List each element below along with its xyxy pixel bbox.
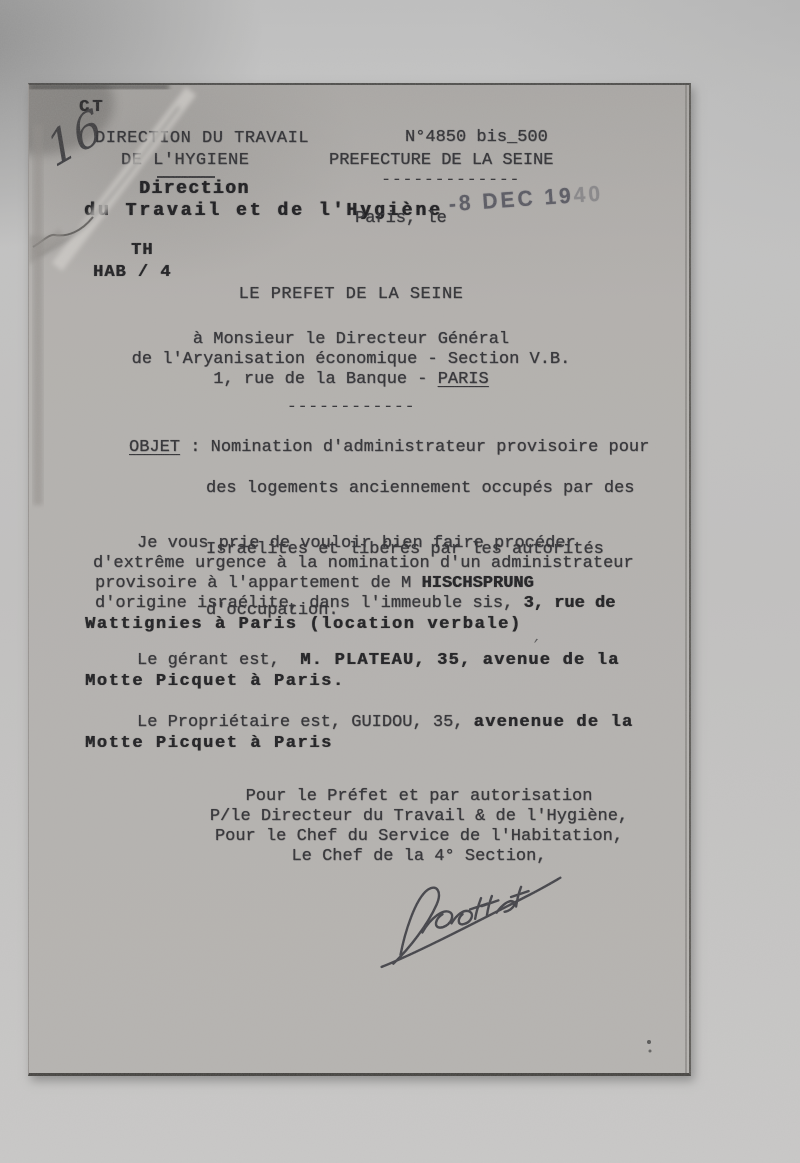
para1-line1: Je vous prie de vouloir bien faire procé… xyxy=(137,534,576,554)
place-date-label: Paris, le xyxy=(355,209,447,229)
para1-tenant-name: HISCHSPRUNG xyxy=(421,574,533,593)
stamp-direction-line1: Direction xyxy=(139,179,250,199)
closing-block: Pour le Préfet et par autorisation P/le … xyxy=(179,787,659,867)
closing-line3: Pour le Chef du Service de l'Habitation, xyxy=(179,827,659,847)
top-edge-dark-segment xyxy=(29,85,169,89)
para1-street-number: 3, rue de xyxy=(523,594,615,613)
para2-line2: Motte Picquet à Paris. xyxy=(85,672,345,692)
header-divider-dashes: ------------- xyxy=(381,171,520,190)
para1-line4: d'origine israélite, dans l'immeuble sis… xyxy=(95,594,615,614)
para3-owner-name: GUIDOU, 35, xyxy=(351,713,473,732)
left-edge-band xyxy=(33,125,43,505)
recipient-line2: de l'Aryanisation économique - Section V… xyxy=(29,350,673,370)
para2-label: Le gérant est, xyxy=(137,651,300,670)
objet-label: OBJET xyxy=(129,438,180,457)
recipient-address: 1, rue de la Banque - xyxy=(213,370,437,389)
tear-edge-line xyxy=(33,217,93,247)
para2-manager-name: M. PLATEAU, 35, avenue de la xyxy=(300,651,619,670)
tear-notch xyxy=(29,229,65,265)
recipient-divider-dashes: ------------ xyxy=(29,398,673,417)
recipient-city: PARIS xyxy=(438,370,489,389)
service-code-th: TH xyxy=(131,241,153,261)
letter-title: LE PREFET DE LA SEINE xyxy=(29,285,673,305)
para1-line5: Wattignies à Paris (location verbale) xyxy=(85,615,522,635)
objet-line1: Nomination d'administrateur provisoire p… xyxy=(211,438,650,457)
letter-paper: CT 16 DIRECTION DU TRAVAIL DE L'HYGIENE … xyxy=(28,83,691,1076)
closing-line2: P/le Directeur du Travail & de l'Hygiène… xyxy=(179,807,659,827)
sender-direction-line2: DE L'HYGIENE xyxy=(121,151,249,171)
ink-dot xyxy=(649,1050,652,1053)
para3-address-bold: avenenue de la xyxy=(474,713,634,732)
objet-colon: : xyxy=(180,438,211,457)
recipient-line3: 1, rue de la Banque - PARIS xyxy=(29,370,673,390)
para3-label: Le Propriétaire est, xyxy=(137,713,351,732)
handwritten-signature-icon xyxy=(355,863,593,972)
para3-line2: Motte Picquet à Paris xyxy=(85,734,333,754)
closing-line4: Le Chef de la 4° Section, xyxy=(179,847,659,867)
para1-line4-text: d'origine israélite, dans l'immeuble sis… xyxy=(95,594,523,613)
photograph-background: CT 16 DIRECTION DU TRAVAIL DE L'HYGIENE … xyxy=(0,0,800,1163)
stamp-overline xyxy=(157,176,215,178)
para2-line1: Le gérant est, M. PLATEAU, 35, avenue de… xyxy=(137,651,619,671)
recipient-block: à Monsieur le Directeur Général de l'Ary… xyxy=(29,330,673,390)
para1-line3-text: provisoire à l'appartement de M xyxy=(95,574,421,593)
ink-dot xyxy=(647,1040,651,1044)
prefecture-name: PREFECTURE DE LA SEINE xyxy=(329,151,553,171)
para1-line2: d'extrême urgence à la nomination d'un a… xyxy=(93,554,634,574)
closing-line1: Pour le Préfet et par autorisation xyxy=(179,787,659,807)
recipient-line1: à Monsieur le Directeur Général xyxy=(29,330,673,350)
service-code-hab: HAB / 4 xyxy=(93,263,171,283)
reference-number: N°4850 bis_500 xyxy=(405,128,548,148)
para3-line1: Le Propriétaire est, GUIDOU, 35, avenenu… xyxy=(137,713,633,733)
date-stamp-faded: 40 xyxy=(573,182,604,208)
objet-line2: des logements anciennement occupés par d… xyxy=(206,479,706,499)
sender-direction-line1: DIRECTION DU TRAVAIL xyxy=(95,129,309,149)
para1-line3: provisoire à l'appartement de M HISCHSPR… xyxy=(95,574,534,594)
